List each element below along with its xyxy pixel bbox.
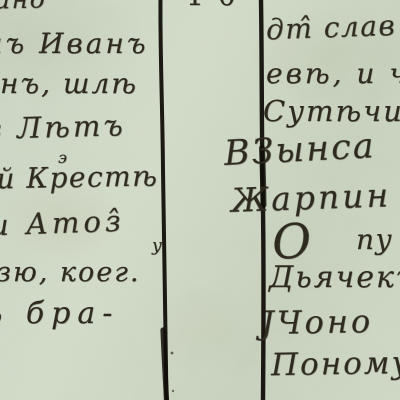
handwriting-line-left-6: и Атоз̂ (0, 207, 125, 241)
handwriting-line-left-2: нъ Иванъ (0, 30, 149, 58)
handwriting-line-left-5: ой Крестѣ (0, 162, 159, 193)
handwriting-line-left-7: озю, коег. (0, 259, 141, 286)
handwriting-line-right-7: Дьячекъ (269, 263, 400, 293)
handwriting-line-right-2: евѣ, и ч (266, 60, 400, 88)
page-number-fragment: 10 (186, 0, 250, 10)
handwriting-line-right-8: ЈЧоно (261, 305, 374, 339)
handwriting-line-right-9: Поному (271, 348, 400, 381)
handwriting-line-left-4: з Лѣтъ (0, 111, 126, 144)
handwriting-line-left-8: ь бра- (0, 299, 119, 329)
handwriting-line-right-3: Сутѣчи (263, 97, 400, 126)
handwriting-line-right-1: дт̂ слав (266, 12, 397, 45)
manuscript-page: 10 ино̂ нъ Иванъ инъ, шлѣ з Лѣтъ э ой Кр… (0, 0, 400, 400)
handwriting-line-left-1: ино̂ (0, 0, 46, 12)
handwriting-line-right-6: пу (356, 226, 393, 254)
handwriting-line-right-5: Жарпин (230, 178, 391, 217)
handwriting-layer: 10 ино̂ нъ Иванъ инъ, шлѣ з Лѣтъ э ой Кр… (0, 0, 400, 400)
gutter-ink-mark: у (152, 238, 163, 255)
handwriting-line-left-3: инъ, шлѣ (0, 70, 138, 98)
handwriting-line-right-4: ВЗынса (223, 129, 376, 172)
